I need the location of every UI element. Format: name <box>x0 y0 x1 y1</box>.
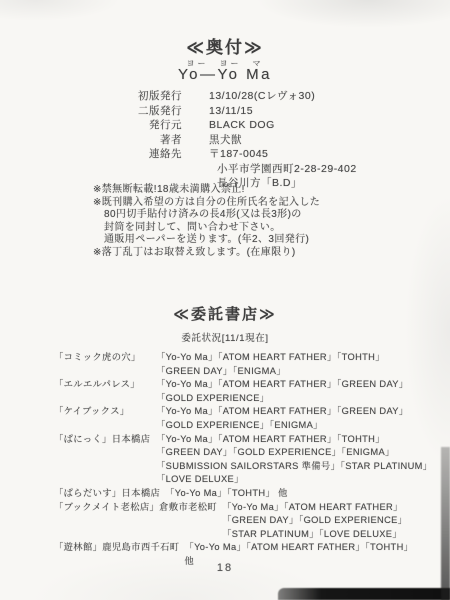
title-line: 「STAR PLATINUM」「LOVE DELUXE」 <box>222 528 434 542</box>
title-line: 「Yo-Yo Ma」「ATOM HEART FATHER」「TOHTH」 <box>156 351 434 365</box>
title-line: 「GREEN DAY」「GOLD EXPERIENCE」 <box>222 514 434 528</box>
scan-artifact-right-edge <box>441 447 450 600</box>
store-entry: 「ケイブックス」 「Yo-Yo Ma」「ATOM HEART FATHER」「G… <box>54 405 434 432</box>
note-line: 80円切手貼付け済みの長4形(又は長3形)の <box>104 209 320 222</box>
store-name: 「ケイブックス」 <box>54 405 156 432</box>
title-line: 「Yo-Yo Ma」「ATOM HEART FATHER」「GREEN DAY」 <box>156 405 434 419</box>
info-value: 〒187-0045 <box>209 147 268 162</box>
title-line: 「LOVE DELUXE」 <box>156 473 434 487</box>
scanned-page: ≪奥付≫ ヨー ヨー マ Yo—Yo Ma 初版発行 13/10/28(Cレヴォ… <box>0 0 450 600</box>
store-name: 「ぱにっく」日本橋店 <box>54 433 156 487</box>
info-value: BLACK DOG <box>209 118 275 133</box>
store-titles: 「Yo-Yo Ma」「TOHTH」 他 <box>165 487 434 501</box>
note-line: ※既刊購入希望の方は自分の住所氏名を記入した <box>93 197 320 210</box>
info-label: 著者 <box>105 133 182 148</box>
consignment-section-title: ≪委託書店≫ <box>0 303 450 324</box>
title-line: 「GREEN DAY」「GOLD EXPERIENCE」「ENIGMA」 <box>156 446 434 460</box>
store-titles: 「Yo-Yo Ma」「ATOM HEART FATHER」「GREEN DAY」… <box>156 405 434 432</box>
note-line: 封筒を同封して、問い合わせ下さい。 <box>104 222 320 235</box>
store-titles: 「Yo-Yo Ma」「ATOM HEART FATHER」 「GREEN DAY… <box>222 501 434 542</box>
consignment-status: 委託状況[11/1現在] <box>0 330 450 344</box>
note-line: ※禁無断転載!18歳未満購入禁止! <box>93 184 320 197</box>
info-label: 発行元 <box>105 118 182 133</box>
info-row-author: 著者 黒犬獣 <box>105 133 357 148</box>
note-line: ※落丁乱丁はお取替え致します。(在庫限り) <box>93 247 320 260</box>
book-title: Yo—Yo Ma <box>0 66 450 83</box>
title-line: 「SUBMISSION SAILORSTARS 準備号」「STAR PLATIN… <box>156 460 434 474</box>
store-name: 「コミック虎の穴」 <box>54 351 156 378</box>
title-line: 「Yo-Yo Ma」「ATOM HEART FATHER」「TOHTH」 <box>184 541 434 555</box>
store-titles: 「Yo-Yo Ma」「ATOM HEART FATHER」「GREEN DAY」… <box>156 378 434 405</box>
publication-info: 初版発行 13/10/28(Cレヴォ30) 二版発行 13/11/15 発行元 … <box>105 89 357 191</box>
scan-artifact-bottom <box>278 588 450 600</box>
colophon-section-title: ≪奥付≫ <box>0 33 450 58</box>
store-name: 「エルエルパレス」 <box>54 378 156 405</box>
title-line: 「Yo-Yo Ma」「TOHTH」 他 <box>165 487 434 501</box>
store-titles: 「Yo-Yo Ma」「ATOM HEART FATHER」「TOHTH」 「GR… <box>156 351 434 378</box>
page-number: 18 <box>0 562 450 574</box>
info-value: 黒犬獣 <box>209 133 242 148</box>
store-list: 「コミック虎の穴」 「Yo-Yo Ma」「ATOM HEART FATHER」「… <box>54 351 434 569</box>
title-line: 「Yo-Yo Ma」「ATOM HEART FATHER」「TOHTH」 <box>156 433 434 447</box>
store-entry: 「ぱらだいす」日本橋店 「Yo-Yo Ma」「TOHTH」 他 <box>54 487 434 501</box>
info-row-second-edition: 二版発行 13/11/15 <box>105 104 357 119</box>
store-titles: 「Yo-Yo Ma」「ATOM HEART FATHER」「TOHTH」 「GR… <box>156 433 434 487</box>
store-entry: 「ぱにっく」日本橋店 「Yo-Yo Ma」「ATOM HEART FATHER」… <box>54 433 434 487</box>
title-line: 「Yo-Yo Ma」「ATOM HEART FATHER」 <box>222 501 434 515</box>
info-row-publisher: 発行元 BLACK DOG <box>105 118 357 133</box>
info-label: 連絡先 <box>105 147 182 162</box>
info-row-first-edition: 初版発行 13/10/28(Cレヴォ30) <box>105 89 357 104</box>
title-line: 「GREEN DAY」「ENIGMA」 <box>156 365 434 379</box>
title-line: 「Yo-Yo Ma」「ATOM HEART FATHER」「GREEN DAY」 <box>156 378 434 392</box>
title-line: 「GOLD EXPERIENCE」「ENIGMA」 <box>156 419 434 433</box>
info-row-contact: 連絡先 〒187-0045 <box>105 147 357 162</box>
store-entry: 「コミック虎の穴」 「Yo-Yo Ma」「ATOM HEART FATHER」「… <box>54 351 434 378</box>
note-line: 通販用ペーパーを送ります。(年2、3回発行) <box>104 234 320 247</box>
info-value: 13/11/15 <box>209 104 253 119</box>
title-line: 「GOLD EXPERIENCE」 <box>156 392 434 406</box>
store-name: 「ぱらだいす」日本橋店 <box>54 487 165 501</box>
contact-address-line: 小平市学園西町2-28-29-402 <box>217 162 357 177</box>
info-value: 13/10/28(Cレヴォ30) <box>209 89 315 104</box>
info-label: 二版発行 <box>105 104 182 119</box>
store-name: 「ブックメイト老松店」倉敷市老松町 <box>54 501 222 542</box>
store-entry: 「エルエルパレス」 「Yo-Yo Ma」「ATOM HEART FATHER」「… <box>54 378 434 405</box>
colophon-notes: ※禁無断転載!18歳未満購入禁止! ※既刊購入希望の方は自分の住所氏名を記入した… <box>93 184 320 260</box>
store-entry: 「ブックメイト老松店」倉敷市老松町 「Yo-Yo Ma」「ATOM HEART … <box>54 501 434 542</box>
info-label: 初版発行 <box>105 89 182 104</box>
